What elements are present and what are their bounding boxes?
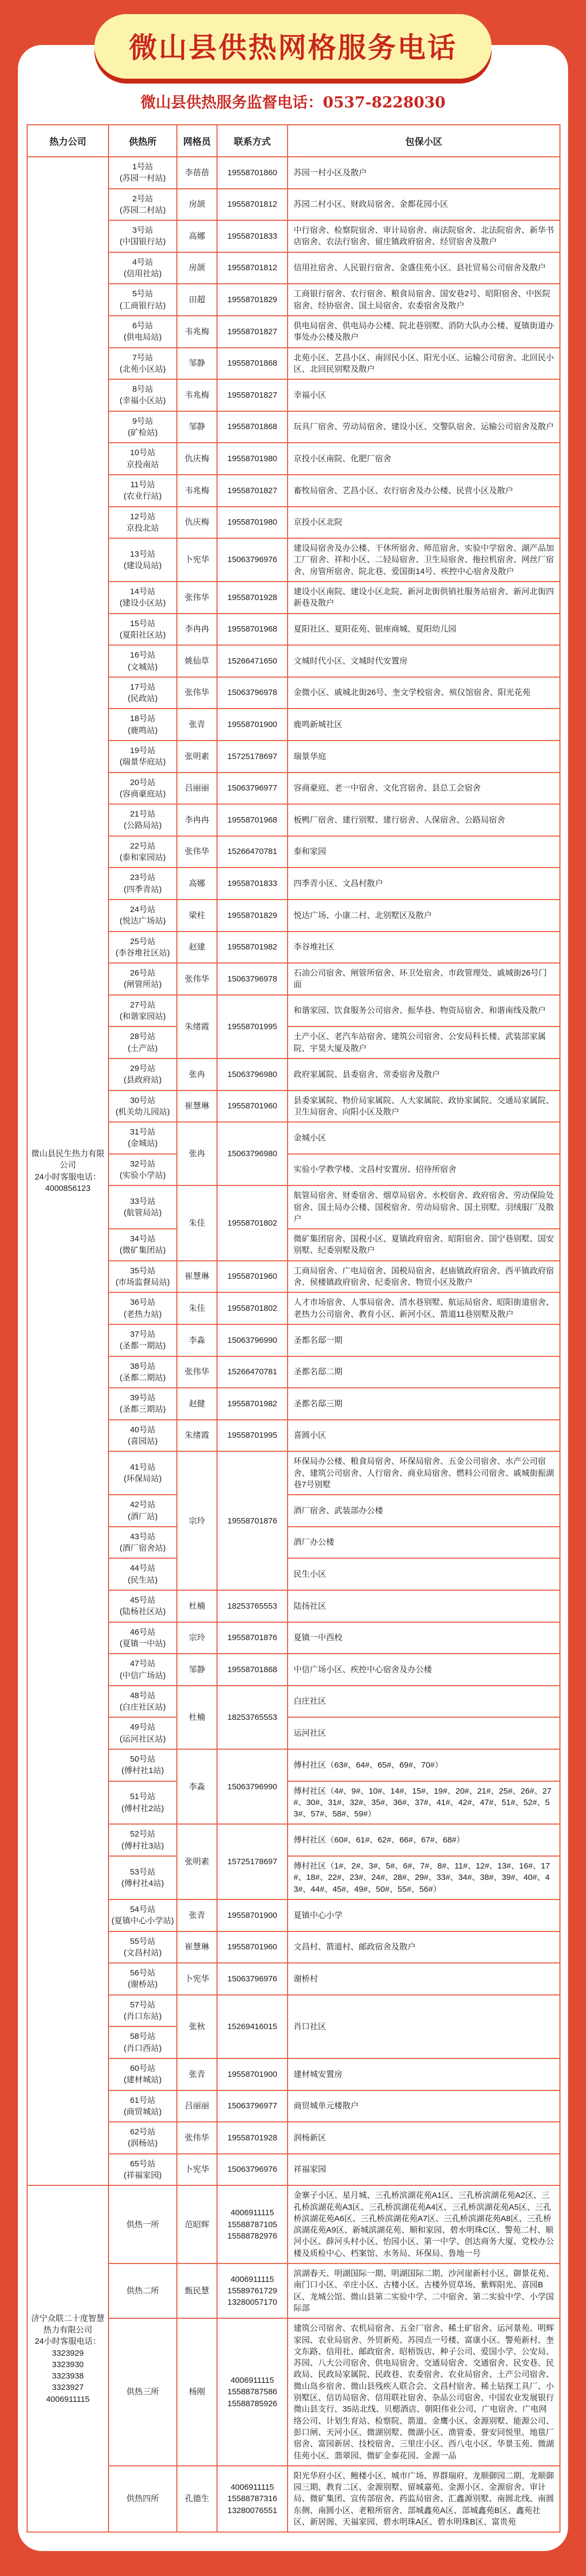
area-cell: 金城小区 bbox=[288, 1122, 560, 1154]
phone-cell: 15063796977 bbox=[217, 773, 288, 805]
area-cell: 润杨新区 bbox=[288, 2122, 560, 2154]
grid-member-cell: 梁柱 bbox=[177, 900, 217, 932]
station-cell: 2号站 (苏园二村站) bbox=[109, 189, 177, 221]
station-cell: 56号站 (谢桥站) bbox=[109, 1963, 177, 1995]
area-cell: 肖口社区 bbox=[288, 1995, 560, 2058]
area-cell: 夏镇一中西校 bbox=[288, 1622, 560, 1654]
area-cell: 李谷堆社区 bbox=[288, 932, 560, 964]
grid-member-cell: 崔慧琳 bbox=[177, 1091, 217, 1123]
phone-cell: 19558701982 bbox=[217, 932, 288, 964]
phone-cell: 19558701802 bbox=[217, 1185, 288, 1260]
area-cell: 悦达广场、小康二村、北别墅区及散户 bbox=[288, 900, 560, 932]
area-cell: 鹿鸣新城社区 bbox=[288, 709, 560, 741]
grid-member-cell: 赵建 bbox=[177, 932, 217, 964]
area-cell: 苏园一村小区及散户 bbox=[288, 157, 560, 189]
area-cell: 航管局宿舍、财委宿舍、烟草局宿舍、水校宿舍、政府宿舍、劳动保险处宿舍、国土局办公… bbox=[288, 1185, 560, 1229]
grid-member-cell: 邹静 bbox=[177, 411, 217, 443]
grid-member-cell: 宗玲 bbox=[177, 1451, 217, 1590]
phone-cell: 15063796990 bbox=[217, 1324, 288, 1356]
area-cell: 祥福家园 bbox=[288, 2154, 560, 2186]
table-row: 济宁众联二十度智慧热力有限公司 24小时客服电话： 3323929 332393… bbox=[27, 2185, 560, 2263]
station-cell: 3号站 (中国银行站) bbox=[109, 220, 177, 252]
grid-member-cell: 高娜 bbox=[177, 220, 217, 252]
page: 微山县供热网格服务电话 微山县供热服务监督电话：0537-8228030 热力公… bbox=[0, 0, 586, 2576]
area-cell: 喜圆小区 bbox=[288, 1420, 560, 1452]
area-cell: 夏镇中心小学 bbox=[288, 1899, 560, 1931]
station-cell: 34号站 (微矿集团站) bbox=[109, 1229, 177, 1261]
phone-cell: 4006911115 15589761729 13280057170 bbox=[217, 2263, 288, 2318]
station-cell: 14号站 (建设小区站) bbox=[109, 582, 177, 614]
company-cell: 微山县民生热力有限公司 24小时客服电话： 4000856123 bbox=[27, 157, 109, 2185]
grid-member-cell: 张伟华 bbox=[177, 963, 217, 995]
grid-member-cell: 李冉冉 bbox=[177, 614, 217, 646]
header-station: 供热所 bbox=[109, 125, 177, 157]
station-cell: 21号站 (公路局站) bbox=[109, 804, 177, 836]
station-cell: 37号站 (圣都一期站) bbox=[109, 1324, 177, 1356]
area-cell: 阳光华府小区、鲍楼小区、城市广场、界群瑞府、龙顺御园二期、龙顺御园三期、教育二区… bbox=[288, 2466, 560, 2532]
area-cell: 微矿集团宿舍、国税小区、夏镇政府宿舍、昭阳宿舍、国宁巷别墅、国安别墅、纪委别墅及… bbox=[288, 1229, 560, 1261]
phone-cell: 19558701982 bbox=[217, 1388, 288, 1420]
table-body: 微山县民生热力有限公司 24小时客服电话： 40008561231号站 (苏园一… bbox=[27, 157, 560, 2532]
station-cell: 18号站 (鹿鸣站) bbox=[109, 709, 177, 741]
area-cell: 建筑公司宿舍、农机局宿舍、五金厂宿舍、稀土矿宿舍、运河景苑、明辉家园、农业局宿舍… bbox=[288, 2318, 560, 2466]
area-cell: 四季青小区、文昌村散户 bbox=[288, 868, 560, 900]
grid-member-cell: 李蓓蓓 bbox=[177, 157, 217, 189]
area-cell: 供电局宿舍、供电局办公楼、院北巷别墅、消防大队办公楼、夏镇街道办事处办公楼及散户 bbox=[288, 316, 560, 348]
phone-cell: 19558701968 bbox=[217, 804, 288, 836]
area-cell: 白庄社区 bbox=[288, 1686, 560, 1718]
grid-member-cell: 卜宪华 bbox=[177, 2154, 217, 2186]
area-cell: 石油公司宿舍、闸管所宿舍、环卫处宿舍、市政管理处、戚城街26号门面 bbox=[288, 963, 560, 995]
area-cell: 人才市场宿舍、人事局宿舍、清水巷别墅、航运局宿舍、昭阳街道宿舍、老热力公司宿舍、… bbox=[288, 1292, 560, 1324]
area-cell: 工商银行宿舍、农行宿舍、粮食局宿舍、国安巷2号、昭阳宿舍、中医院宿舍、经协宿舍、… bbox=[288, 284, 560, 316]
phone-cell: 19558701995 bbox=[217, 1420, 288, 1452]
phone-cell: 15063796980 bbox=[217, 1059, 288, 1091]
service-table: 热力公司 供热所 网格员 联系方式 包保小区 微山县民生热力有限公司 24小时客… bbox=[27, 124, 560, 2533]
grid-member-cell: 范昭辉 bbox=[177, 2185, 217, 2263]
station-cell: 33号站 (航管局站) bbox=[109, 1185, 177, 1229]
station-cell: 57号站 (肖口东站) bbox=[109, 1995, 177, 2027]
area-cell: 金寨子小区、星月城、三孔桥滨湖花苑A1区、三孔桥滨湖花苑A2区、三孔桥滨湖花苑A… bbox=[288, 2185, 560, 2263]
supervision-hotline: 微山县供热服务监督电话：0537-8228030 bbox=[27, 91, 559, 112]
grid-member-cell: 张明素 bbox=[177, 1824, 217, 1899]
area-cell: 圣都名邸三期 bbox=[288, 1388, 560, 1420]
grid-member-cell: 张秋 bbox=[177, 1995, 217, 2058]
grid-member-cell: 张冉 bbox=[177, 1122, 217, 1185]
area-cell: 和谐家园、饮食服务公司宿舍、振华巷、物资局宿舍、和谐南线及散户 bbox=[288, 995, 560, 1027]
station-cell: 12号站 京投北站 bbox=[109, 507, 177, 539]
phone-cell: 19558701900 bbox=[217, 709, 288, 741]
grid-member-cell: 杜楠 bbox=[177, 1590, 217, 1622]
station-cell: 供热三所 bbox=[109, 2318, 177, 2466]
grid-member-cell: 赵健 bbox=[177, 1388, 217, 1420]
company-cell: 济宁众联二十度智慧热力有限公司 24小时客服电话： 3323929 332393… bbox=[27, 2185, 109, 2532]
station-cell: 20号站 (容商豪庭站) bbox=[109, 773, 177, 805]
phone-cell: 19558701876 bbox=[217, 1622, 288, 1654]
phone-cell: 15269416015 bbox=[217, 1995, 288, 2058]
phone-cell: 19558701960 bbox=[217, 1091, 288, 1123]
station-cell: 11号站 (农业行站) bbox=[109, 475, 177, 507]
station-cell: 58号站 (肖口西站) bbox=[109, 2026, 177, 2058]
area-cell: 建设局宿舍及办公楼、干休所宿舍、师范宿舍、实验中学宿舍、湖产品加工厂宿舍、祥和小… bbox=[288, 538, 560, 582]
area-cell: 苏园二村小区、财政局宿舍、金都花园小区 bbox=[288, 189, 560, 221]
station-cell: 35号站 (市场监督局站) bbox=[109, 1261, 177, 1293]
area-cell: 民生小区 bbox=[288, 1558, 560, 1590]
area-cell: 酒厂办公楼 bbox=[288, 1527, 560, 1559]
station-cell: 62号站 (润杨站) bbox=[109, 2122, 177, 2154]
header-company: 热力公司 bbox=[27, 125, 109, 157]
header-area: 包保小区 bbox=[288, 125, 560, 157]
area-cell: 酒厂宿舍、武装部办公楼 bbox=[288, 1495, 560, 1527]
header-contact: 联系方式 bbox=[217, 125, 288, 157]
grid-member-cell: 张伟华 bbox=[177, 677, 217, 709]
grid-member-cell: 吕丽丽 bbox=[177, 2090, 217, 2122]
station-cell: 30号站 (机关幼儿园站) bbox=[109, 1091, 177, 1123]
phone-cell: 19558701928 bbox=[217, 582, 288, 614]
station-cell: 7号站 (北苑小区站) bbox=[109, 348, 177, 380]
station-cell: 51号站 (傅村社2站) bbox=[109, 1781, 177, 1825]
phone-cell: 19558701829 bbox=[217, 900, 288, 932]
phone-cell: 19558701812 bbox=[217, 252, 288, 284]
grid-member-cell: 张青 bbox=[177, 1899, 217, 1931]
station-cell: 17号站 (民政站) bbox=[109, 677, 177, 709]
area-cell: 板鸭厂宿舍、建行别墅、建行宿舍、人保宿舍、公路局宿舍 bbox=[288, 804, 560, 836]
phone-cell: 15266470781 bbox=[217, 1356, 288, 1388]
phone-cell: 19558701868 bbox=[217, 411, 288, 443]
area-cell: 县委家属院、物价局家属院、人大家属院、政协家属院、交通局家属院、卫生局宿舍、向阳… bbox=[288, 1091, 560, 1123]
area-cell: 商贸城单元楼散户 bbox=[288, 2090, 560, 2122]
grid-member-cell: 宗玲 bbox=[177, 1622, 217, 1654]
table-header-row: 热力公司 供热所 网格员 联系方式 包保小区 bbox=[27, 125, 560, 157]
station-cell: 40号站 (喜园站) bbox=[109, 1420, 177, 1452]
phone-cell: 19558701812 bbox=[217, 189, 288, 221]
grid-member-cell: 仇庆梅 bbox=[177, 507, 217, 539]
grid-member-cell: 邹静 bbox=[177, 1654, 217, 1686]
area-cell: 政府家属院、县委宿舍、常委宿舍及散户 bbox=[288, 1059, 560, 1091]
grid-member-cell: 张青 bbox=[177, 2058, 217, 2090]
phone-cell: 15063796980 bbox=[217, 1122, 288, 1185]
area-cell: 中信广场小区、疾控中心宿舍及办公楼 bbox=[288, 1654, 560, 1686]
area-cell: 畜牧局宿舍、艺昌小区、农行宿舍及办公楼、民营小区及散户 bbox=[288, 475, 560, 507]
area-cell: 幸福小区 bbox=[288, 379, 560, 411]
area-cell: 陆扬社区 bbox=[288, 1590, 560, 1622]
grid-member-cell: 张伟华 bbox=[177, 1356, 217, 1388]
station-cell: 38号站 (圣都二期站) bbox=[109, 1356, 177, 1388]
station-cell: 13号站 (建设局站) bbox=[109, 538, 177, 582]
phone-cell: 4006911115 15588787316 13280076551 bbox=[217, 2466, 288, 2532]
area-cell: 傅村社区（1#、2#、3#、5#、6#、7#、8#、11#、12#、13#、16… bbox=[288, 1856, 560, 1899]
area-cell: 建设小区南院、建设小区北院、新河北街供销社服务站宿舍、新河北街四新巷及散户 bbox=[288, 582, 560, 614]
phone-cell: 19558701960 bbox=[217, 1931, 288, 1963]
area-cell: 土产小区、老汽车站宿舍、建筑公司宿舍、公安局科长楼、武装部家属院、宇昊大厦及散户 bbox=[288, 1026, 560, 1059]
station-cell: 10号站 京投南站 bbox=[109, 443, 177, 475]
page-title: 微山县供热网格服务电话 bbox=[100, 25, 486, 66]
grid-member-cell: 崔慧琳 bbox=[177, 1931, 217, 1963]
title-banner: 微山县供热网格服务电话 bbox=[94, 14, 492, 79]
station-cell: 47号站 (中信广场站) bbox=[109, 1654, 177, 1686]
phone-cell: 19558701980 bbox=[217, 443, 288, 475]
station-cell: 25号站 (李谷堆社区站) bbox=[109, 932, 177, 964]
grid-member-cell: 韦兆梅 bbox=[177, 475, 217, 507]
content-card: 微山县供热服务监督电话：0537-8228030 热力公司 供热所 网格员 联系… bbox=[18, 45, 568, 2551]
station-cell: 39号站 (圣都三期站) bbox=[109, 1388, 177, 1420]
area-cell: 文昌村、箭道村、邮政宿舍及散户 bbox=[288, 1931, 560, 1963]
station-cell: 42号站 (酒厂站) bbox=[109, 1495, 177, 1527]
grid-member-cell: 张伟华 bbox=[177, 836, 217, 868]
phone-cell: 19558701827 bbox=[217, 316, 288, 348]
phone-cell: 15063796976 bbox=[217, 1963, 288, 1995]
area-cell: 金微小区、戚城北街26号、奎文学校宿舍、殡仪馆宿舍、阳光花苑 bbox=[288, 677, 560, 709]
station-cell: 49号站 (运河社区站) bbox=[109, 1717, 177, 1749]
grid-member-cell: 卜宪华 bbox=[177, 1963, 217, 1995]
station-cell: 28号站 (土产站) bbox=[109, 1026, 177, 1059]
grid-member-cell: 吕丽丽 bbox=[177, 773, 217, 805]
area-cell: 京投小区北院 bbox=[288, 507, 560, 539]
phone-cell: 15063796978 bbox=[217, 963, 288, 995]
station-cell: 4号站 (信用社站) bbox=[109, 252, 177, 284]
station-cell: 43号站 (酒厂宿舍站) bbox=[109, 1527, 177, 1559]
station-cell: 8号站 (幸福小区站) bbox=[109, 379, 177, 411]
station-cell: 45号站 (陆杨社区站) bbox=[109, 1590, 177, 1622]
station-cell: 24号站 (悦达广场站) bbox=[109, 900, 177, 932]
station-cell: 26号站 (闸管所站) bbox=[109, 963, 177, 995]
grid-member-cell: 朱绪霞 bbox=[177, 1420, 217, 1452]
grid-member-cell: 朱绪霞 bbox=[177, 995, 217, 1059]
station-cell: 65号站 (祥福家园) bbox=[109, 2154, 177, 2186]
station-cell: 50号站 (傅村社1站) bbox=[109, 1749, 177, 1781]
area-cell: 傅村社区（4#、9#、10#、14#、15#、19#、20#、21#、25#、2… bbox=[288, 1781, 560, 1825]
area-cell: 信用社宿舍、人民银行宿舍、金盛佳苑小区、县社贸易公司宿舍及散户 bbox=[288, 252, 560, 284]
phone-cell: 19558701827 bbox=[217, 475, 288, 507]
station-cell: 供热四所 bbox=[109, 2466, 177, 2532]
station-cell: 15号站 (夏阳社区站) bbox=[109, 614, 177, 646]
area-cell: 傅村社区（63#、64#、65#、69#、70#） bbox=[288, 1749, 560, 1781]
table-row: 微山县民生热力有限公司 24小时客服电话： 40008561231号站 (苏园一… bbox=[27, 157, 560, 189]
area-cell: 瑞景华庭 bbox=[288, 741, 560, 773]
phone-cell: 19558701900 bbox=[217, 2058, 288, 2090]
grid-member-cell: 杜楠 bbox=[177, 1686, 217, 1749]
grid-member-cell: 李淼 bbox=[177, 1324, 217, 1356]
grid-member-cell: 高娜 bbox=[177, 868, 217, 900]
area-cell: 泰和家园 bbox=[288, 836, 560, 868]
phone-cell: 19558701900 bbox=[217, 1899, 288, 1931]
phone-cell: 18253765553 bbox=[217, 1686, 288, 1749]
area-cell: 运河社区 bbox=[288, 1717, 560, 1749]
phone-cell: 15063796976 bbox=[217, 538, 288, 582]
grid-member-cell: 韦兆梅 bbox=[177, 379, 217, 411]
phone-cell: 19558701833 bbox=[217, 220, 288, 252]
area-cell: 圣都名邸一期 bbox=[288, 1324, 560, 1356]
station-cell: 6号站 (供电局站) bbox=[109, 316, 177, 348]
area-cell: 建材城安置房 bbox=[288, 2058, 560, 2090]
phone-cell: 15063796977 bbox=[217, 2090, 288, 2122]
station-cell: 61号站 (商贸城站) bbox=[109, 2090, 177, 2122]
phone-cell: 15063796976 bbox=[217, 2154, 288, 2186]
grid-member-cell: 张伟华 bbox=[177, 582, 217, 614]
grid-member-cell: 房颉 bbox=[177, 189, 217, 221]
phone-cell: 15063796990 bbox=[217, 1749, 288, 1824]
station-cell: 5号站 (工商银行站) bbox=[109, 284, 177, 316]
phone-cell: 19558701827 bbox=[217, 379, 288, 411]
area-cell: 傅村社区（60#、61#、62#、66#、67#、68#） bbox=[288, 1824, 560, 1856]
grid-member-cell: 张青 bbox=[177, 709, 217, 741]
phone-cell: 15725178697 bbox=[217, 741, 288, 773]
station-cell: 46号站 (夏镇一中站) bbox=[109, 1622, 177, 1654]
grid-member-cell: 杨刚 bbox=[177, 2318, 217, 2466]
grid-member-cell: 张冉 bbox=[177, 1059, 217, 1091]
phone-cell: 15063796978 bbox=[217, 677, 288, 709]
phone-cell: 19558701868 bbox=[217, 348, 288, 380]
station-cell: 48号站 (白庄社区站) bbox=[109, 1686, 177, 1718]
phone-cell: 19558701980 bbox=[217, 507, 288, 539]
grid-member-cell: 崔慧琳 bbox=[177, 1261, 217, 1293]
area-cell: 夏阳社区、夏阳花苑、银座商城、夏阳幼儿园 bbox=[288, 614, 560, 646]
phone-cell: 19558701995 bbox=[217, 995, 288, 1059]
station-cell: 44号站 (民生站) bbox=[109, 1558, 177, 1590]
station-cell: 31号站 (金城站) bbox=[109, 1122, 177, 1154]
area-cell: 谢桥村 bbox=[288, 1963, 560, 1995]
area-cell: 中行宿舍、检察院宿舍、审计局宿舍、南法院宿舍、北法院宿舍、新华书店宿舍、农法行宿… bbox=[288, 220, 560, 252]
station-cell: 52号站 (傅村社3站) bbox=[109, 1824, 177, 1856]
station-cell: 23号站 (四季青站) bbox=[109, 868, 177, 900]
phone-cell: 19558701868 bbox=[217, 1654, 288, 1686]
station-cell: 54号站 (夏镇中心小学站) bbox=[109, 1899, 177, 1931]
grid-member-cell: 朱佳 bbox=[177, 1185, 217, 1260]
area-cell: 容商豪庭、老一中宿舍、文化宫宿舍、县总工会宿舍 bbox=[288, 773, 560, 805]
grid-member-cell: 张伟华 bbox=[177, 2122, 217, 2154]
grid-member-cell: 仇庆梅 bbox=[177, 443, 217, 475]
phone-cell: 18253765553 bbox=[217, 1590, 288, 1622]
phone-cell: 19558701833 bbox=[217, 868, 288, 900]
header-grid-member: 网格员 bbox=[177, 125, 217, 157]
phone-cell: 19558701960 bbox=[217, 1261, 288, 1293]
station-cell: 22号站 (泰和家园站) bbox=[109, 836, 177, 868]
area-cell: 滨湖春天、明湖国际一期、明湖国际二期、沙河崖新村小区、御景花苑、南门口小区、辛庄… bbox=[288, 2263, 560, 2318]
grid-member-cell: 李淼 bbox=[177, 1749, 217, 1824]
phone-cell: 19558701968 bbox=[217, 614, 288, 646]
phone-cell: 4006911115 15588787105 15588782976 bbox=[217, 2185, 288, 2263]
station-cell: 53号站 (傅村社4站) bbox=[109, 1856, 177, 1899]
phone-cell: 15725178697 bbox=[217, 1824, 288, 1899]
phone-cell: 15266471650 bbox=[217, 645, 288, 677]
phone-cell: 19558701802 bbox=[217, 1292, 288, 1324]
grid-member-cell: 张明素 bbox=[177, 741, 217, 773]
phone-cell: 19558701876 bbox=[217, 1451, 288, 1590]
station-cell: 供热一所 bbox=[109, 2185, 177, 2263]
station-cell: 27号站 (和谐家园站) bbox=[109, 995, 177, 1027]
station-cell: 1号站 (苏园一村站) bbox=[109, 157, 177, 189]
grid-member-cell: 朱佳 bbox=[177, 1292, 217, 1324]
area-cell: 环保局办公楼、粮食局宿舍、环保局宿舍、五金公司宿舍、水产公司宿舍、建筑公司宿舍、… bbox=[288, 1451, 560, 1495]
station-cell: 29号站 (县政府站) bbox=[109, 1059, 177, 1091]
grid-member-cell: 邹静 bbox=[177, 348, 217, 380]
phone-cell: 4006911115 15588787586 15588785926 bbox=[217, 2318, 288, 2466]
grid-member-cell: 甄民慧 bbox=[177, 2263, 217, 2318]
station-cell: 19号站 (瑞景华庭站) bbox=[109, 741, 177, 773]
station-cell: 9号站 (矿检站) bbox=[109, 411, 177, 443]
area-cell: 文城时代小区、文城时代安置房 bbox=[288, 645, 560, 677]
grid-member-cell: 韦兆梅 bbox=[177, 316, 217, 348]
area-cell: 玩具厂宿舍、劳动局宿舍、建设小区、交警队宿舍、运输公司宿舍及散户 bbox=[288, 411, 560, 443]
station-cell: 16号站 (文城站) bbox=[109, 645, 177, 677]
station-cell: 供热二所 bbox=[109, 2263, 177, 2318]
area-cell: 实验小学教学楼、文昌村安置房、招待所宿舍 bbox=[288, 1154, 560, 1186]
station-cell: 60号站 (建材城站) bbox=[109, 2058, 177, 2090]
station-cell: 41号站 (环保局站) bbox=[109, 1451, 177, 1495]
station-cell: 55号站 (文昌村站) bbox=[109, 1931, 177, 1963]
grid-member-cell: 房颉 bbox=[177, 252, 217, 284]
area-cell: 北苑小区、艺昌小区、南回民小区、阳光小区、运输公司宿舍、北回民小区、北回民别墅及… bbox=[288, 348, 560, 380]
grid-member-cell: 孔德生 bbox=[177, 2466, 217, 2532]
area-cell: 京投小区南院、化肥厂宿舍 bbox=[288, 443, 560, 475]
grid-member-cell: 卜宪华 bbox=[177, 538, 217, 582]
grid-member-cell: 姚仙草 bbox=[177, 645, 217, 677]
grid-member-cell: 李冉冉 bbox=[177, 804, 217, 836]
station-cell: 36号站 (老热力站) bbox=[109, 1292, 177, 1324]
phone-cell: 19558701829 bbox=[217, 284, 288, 316]
phone-cell: 19558701928 bbox=[217, 2122, 288, 2154]
area-cell: 圣都名邸二期 bbox=[288, 1356, 560, 1388]
area-cell: 工商局宿舍、广电局宿舍、国税局宿舍、赵庙镇政府宿舍、西平镇政府宿舍、侯楼镇政府宿… bbox=[288, 1261, 560, 1293]
phone-cell: 15266470781 bbox=[217, 836, 288, 868]
grid-member-cell: 田超 bbox=[177, 284, 217, 316]
station-cell: 32号站 (实验小学站) bbox=[109, 1154, 177, 1186]
phone-cell: 19558701860 bbox=[217, 157, 288, 189]
